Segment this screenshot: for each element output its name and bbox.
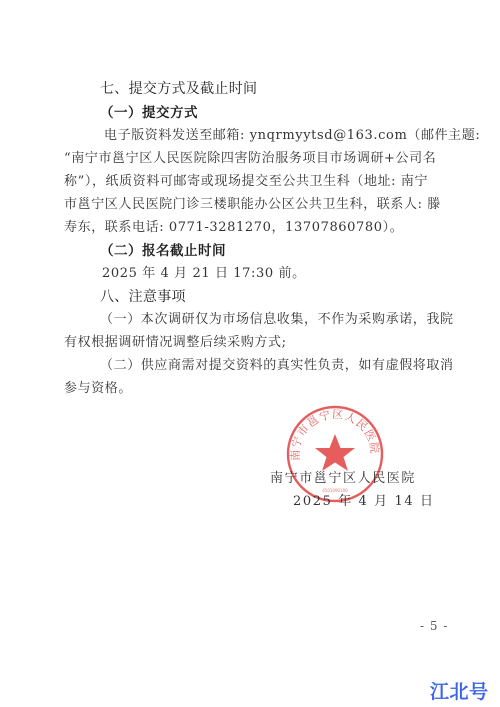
notes-line-2: 有权根据调研情况调整后续采购方式; — [64, 334, 287, 352]
signature-organization: 南宁市邕宁区人民医院 — [270, 467, 416, 486]
notes-line-3: （二）供应商需对提交资料的真实性负责，如有虚假将取消 — [100, 357, 454, 375]
official-seal-stamp: 南宁市邕宁区人民医院 4501090100 — [285, 404, 385, 504]
section-8-title: 八、注意事项 — [100, 288, 186, 306]
submission-line-5: 寿东，联系电话: 0771-3281270，13707860780）。 — [64, 219, 403, 237]
signature-date: 2025 年 4 月 14 日 — [293, 490, 435, 509]
page-number: - 5 - — [420, 619, 448, 633]
submission-line-2: “南宁市邕宁区人民医院除四害防治服务项目市场调研+公司名 — [64, 150, 436, 168]
notes-line-1: （一）本次调研仅为市场信息收集，不作为采购承诺，我院 — [100, 311, 454, 329]
submission-line-4: 市邕宁区人民医院门诊三楼职能办公区公共卫生科，联系人: 滕 — [64, 196, 441, 214]
subsection-deadline-title: （二）报名截止时间 — [100, 242, 226, 260]
deadline-text: 2025 年 4 月 21 日 17:30 前。 — [102, 265, 306, 283]
notes-line-4: 参与资格。 — [64, 380, 132, 398]
watermark-logo: 江北号 — [430, 677, 489, 704]
submission-line-1: 电子版资料发送至邮箱: ynqrmyytsd@163.com（邮件主题: — [104, 127, 480, 145]
section-7-title: 七、提交方式及截止时间 — [100, 80, 257, 98]
submission-line-3: 称”），纸质资料可邮寄或现场提交至公共卫生科（地址: 南宁 — [64, 173, 428, 191]
subsection-submission-method-title: （一）提交方式 — [100, 104, 198, 122]
star-icon — [315, 434, 355, 471]
